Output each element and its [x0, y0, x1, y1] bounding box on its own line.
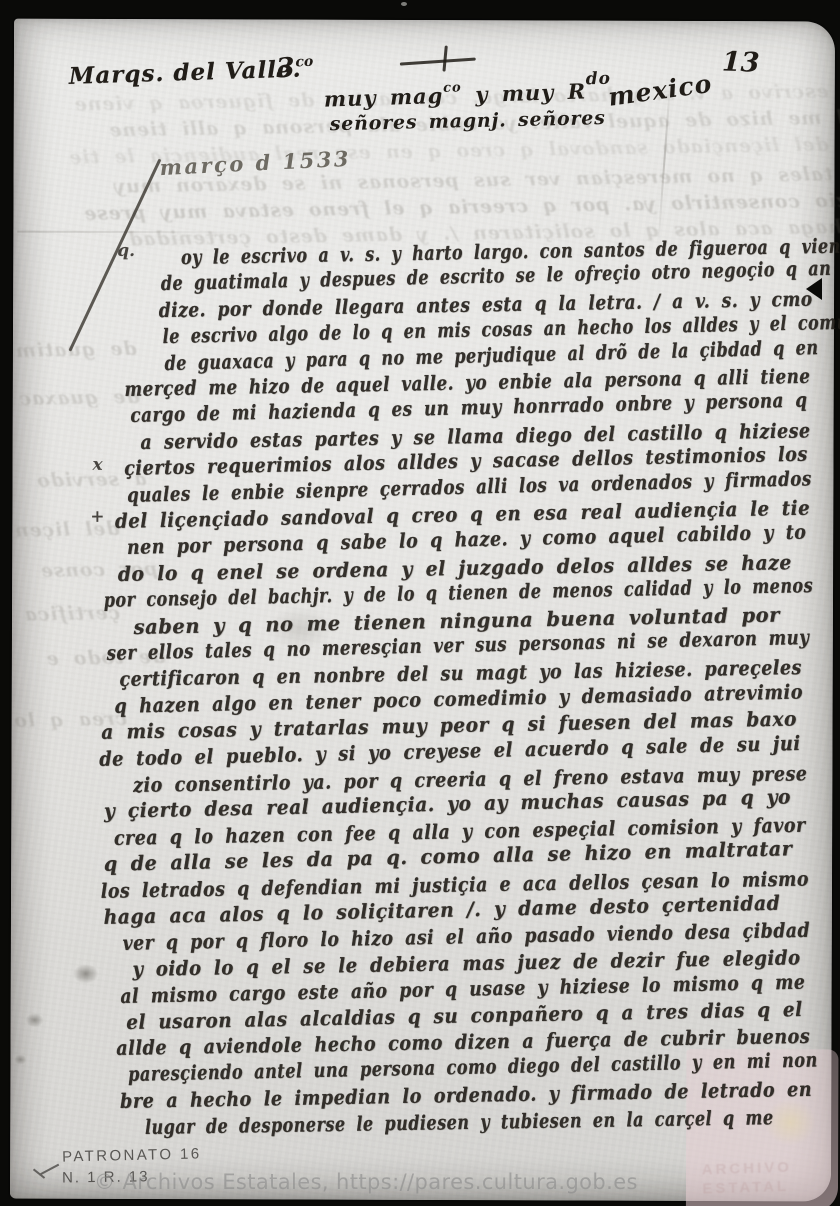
scan-speck [401, 2, 407, 6]
ink-stain [23, 1011, 47, 1030]
copyright-watermark: © Archivos Estatales, https://pares.cult… [94, 1170, 638, 1194]
place-note: mexico [606, 69, 714, 112]
ink-stain [69, 961, 103, 987]
salutation-part: y muy R [475, 78, 587, 106]
ink-bleedthrough-layer: oy le escrivo a v. s. y harto largo. con… [14, 19, 835, 22]
pencil-checkmark [30, 1161, 60, 1183]
salutation-superscript: do [585, 69, 611, 90]
paper-fold-line [17, 231, 267, 234]
document-numeral: 3co [275, 52, 313, 85]
archive-stamp-ghost: ARCHIVO ESTATAL [701, 1158, 792, 1199]
bleedthrough-fragment: de guaxac [19, 386, 140, 410]
margin-mark: + [90, 507, 104, 527]
salutation-part: muy mag [323, 83, 443, 112]
manuscript-page: oy le escrivo a v. s. y harto largo. con… [10, 19, 835, 1202]
archivist-note: Marqs. del Valle. [69, 56, 302, 90]
archive-reference-series: PATRONATO 16 [62, 1145, 202, 1165]
scanner-background: oy le escrivo a v. s. y harto largo. con… [0, 0, 840, 1206]
margin-mark: q. [117, 241, 135, 261]
margin-mark: x [92, 455, 102, 475]
salutation-superscript: co [443, 80, 462, 96]
numeral-base: 3 [275, 53, 295, 85]
paper-edge-tear [806, 278, 822, 300]
ink-stain [12, 1053, 28, 1067]
stamp-ghost-line: ESTATAL [702, 1177, 793, 1199]
cross-mark [399, 48, 477, 79]
letter-body: oy le escrivo a v. s. y harto largo. con… [14, 19, 835, 22]
bleedthrough-fragment: de guatim [15, 338, 137, 362]
numeral-superscript: co [295, 54, 314, 71]
cross-horizontal-stroke [400, 58, 476, 66]
folio-number: 13 [721, 46, 760, 78]
